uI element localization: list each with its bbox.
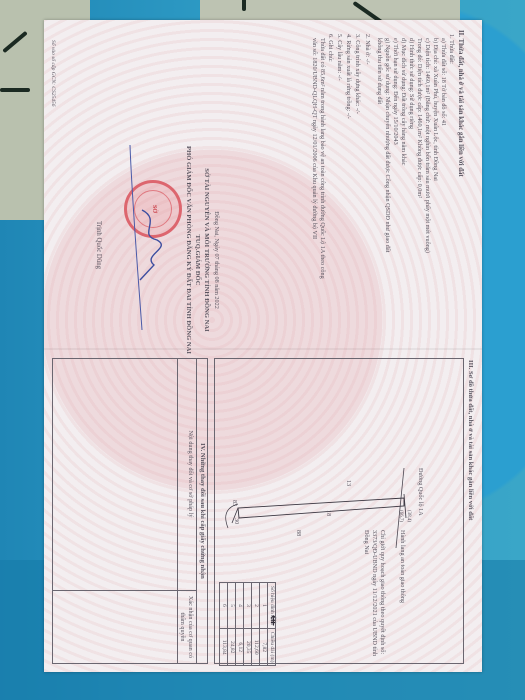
section-ii-line: c) Diện tích: 1460,1m² (Bằng chữ: một ng… <box>423 38 431 253</box>
section-ii-line: Trong đó: Diện tích được cấp: 1460,1m² K… <box>415 38 423 198</box>
section-ii-line: Thửa đất có 85,6m² nằm trong hành lang b… <box>318 38 326 279</box>
background-line <box>0 88 30 92</box>
edge-label: (38,4) <box>404 510 412 522</box>
coord-header: Số hiệu đỉnh thửa <box>268 583 276 629</box>
parcel-number: 83 <box>230 500 238 506</box>
coord-cell: 6,12 <box>236 628 244 666</box>
divider <box>177 358 178 664</box>
parcel-number: 30 <box>232 518 240 524</box>
coordinate-table: Số hiệu đỉnh thửa Chiều dài (m) 17,82 21… <box>219 582 276 666</box>
coord-cell: 4 <box>236 583 244 629</box>
section-ii-line: 2. Nhà ở: -/- <box>363 34 371 64</box>
signature-mark <box>112 140 182 340</box>
org-line-1: SỞ TÀI NGUYÊN VÀ MÔI TRƯỜNG TỈNH ĐỒNG NA… <box>202 140 210 360</box>
org-line-3: PHÓ GIÁM ĐỐC VĂN PHÒNG ĐĂNG KÝ ĐẤT ĐAI T… <box>184 110 192 390</box>
section-ii-line: không thu tiền sử dụng đất <box>375 38 383 104</box>
coord-row: 524,82 <box>228 583 236 666</box>
coord-row: 320,35 <box>244 583 252 666</box>
divider <box>196 358 197 664</box>
section-ii-line: e) Thời hạn sử dụng: Đến ngày 15/10/2043 <box>391 38 399 145</box>
page-left: II. Thửa đất, nhà ở và tài sản khác gắn … <box>44 20 482 350</box>
section-ii-heading: II. Thửa đất, nhà ở và tài sản khác gắn … <box>456 30 464 177</box>
changes-col-content: Nội dung thay đổi và cơ sở pháp lý <box>186 358 194 590</box>
coord-row: 46,12 <box>236 583 244 666</box>
coord-cell: 1 <box>260 583 268 629</box>
coord-cell: 113,84 <box>220 628 228 666</box>
section-ii-line: 1. Thửa đất: <box>447 34 455 64</box>
parcel-number: 88 <box>294 530 302 536</box>
certificate-sheet: II. Thửa đất, nhà ở và tài sản khác gắn … <box>44 20 482 672</box>
place-date: Đồng Nai, Ngày 07 tháng 08 năm 2022 <box>212 170 220 350</box>
coord-cell: 2 <box>252 583 260 629</box>
section-ii-line: 5. Cây lâu năm: -/- <box>335 34 343 81</box>
coord-cell: 7,82 <box>260 628 268 666</box>
parcel-number: 18 <box>324 510 332 516</box>
changes-col-confirm: Xác nhận của cơ quan có thẩm quyền <box>178 592 194 662</box>
coord-cell: 112,60 <box>252 628 260 666</box>
document-photo: II. Thửa đất, nhà ở và tài sản khác gắn … <box>32 20 482 680</box>
edge-label: (66,7) <box>396 510 404 522</box>
parcel-number: 13 <box>344 480 352 486</box>
section-iii-heading: III. Sơ đồ thửa đất, nhà ở và tài sản kh… <box>466 360 474 520</box>
coord-cell: 5 <box>228 583 236 629</box>
page-right: III. Sơ đồ thửa đất, nhà ở và tài sản kh… <box>44 350 482 672</box>
section-iv-heading: IV. Những thay đổi sau khi cấp giấy chứn… <box>198 358 206 664</box>
corridor-label: Hành lang an toàn giao thông <box>398 530 406 603</box>
coord-header: Chiều dài (m) <box>268 628 276 666</box>
divider <box>52 590 197 591</box>
coord-cell: 3 <box>244 583 252 629</box>
coord-row: 6113,84 <box>220 583 228 666</box>
section-ii-line: 3. Công trình xây dựng khác: -/- <box>353 34 361 114</box>
coord-cell: 6 <box>220 583 228 629</box>
road-label: Đường Quốc lộ 1A <box>416 468 424 516</box>
coord-row: 17,82 <box>260 583 268 666</box>
background-line <box>242 0 246 11</box>
section-ii-line: d) Hình thức sử dụng: Sử dụng riêng <box>407 38 415 129</box>
coord-cell: 20,35 <box>244 628 252 666</box>
org-line-2: TUQ.GIÁM ĐỐC <box>193 170 201 350</box>
section-ii-line: a) Thửa đất số: 18 Tờ bản đồ số: 41 <box>439 38 447 126</box>
registry-note: Số vào sổ cấp GCN: CS25456 <box>49 40 57 106</box>
signer-name: Trịnh Quốc Dũng <box>94 170 102 320</box>
coord-cell: 24,82 <box>228 628 236 666</box>
planning-label: Chỉ giới quy hoạch giao thông theo quyết… <box>362 530 386 660</box>
section-ii-line: g) Nguồn gốc sử dụng: Nhận chuyển nhượng… <box>383 38 391 252</box>
coord-row: 2112,60 <box>252 583 260 666</box>
section-ii-line: 6. Ghi chú: <box>326 34 334 62</box>
section-ii-line: văn số: 1820/UBND-QLQH-QT ngày 12/01/200… <box>310 38 318 239</box>
section-ii-line: b) Địa chỉ: xã Xuân Phú, huyện Xuân Lộc,… <box>431 38 439 181</box>
section-ii-line: 4. Rừng sản xuất là rừng trồng: -/- <box>344 34 352 119</box>
section-ii-line: đ) Mục đích sử dụng: Đất trồng cây hàng … <box>399 38 407 165</box>
